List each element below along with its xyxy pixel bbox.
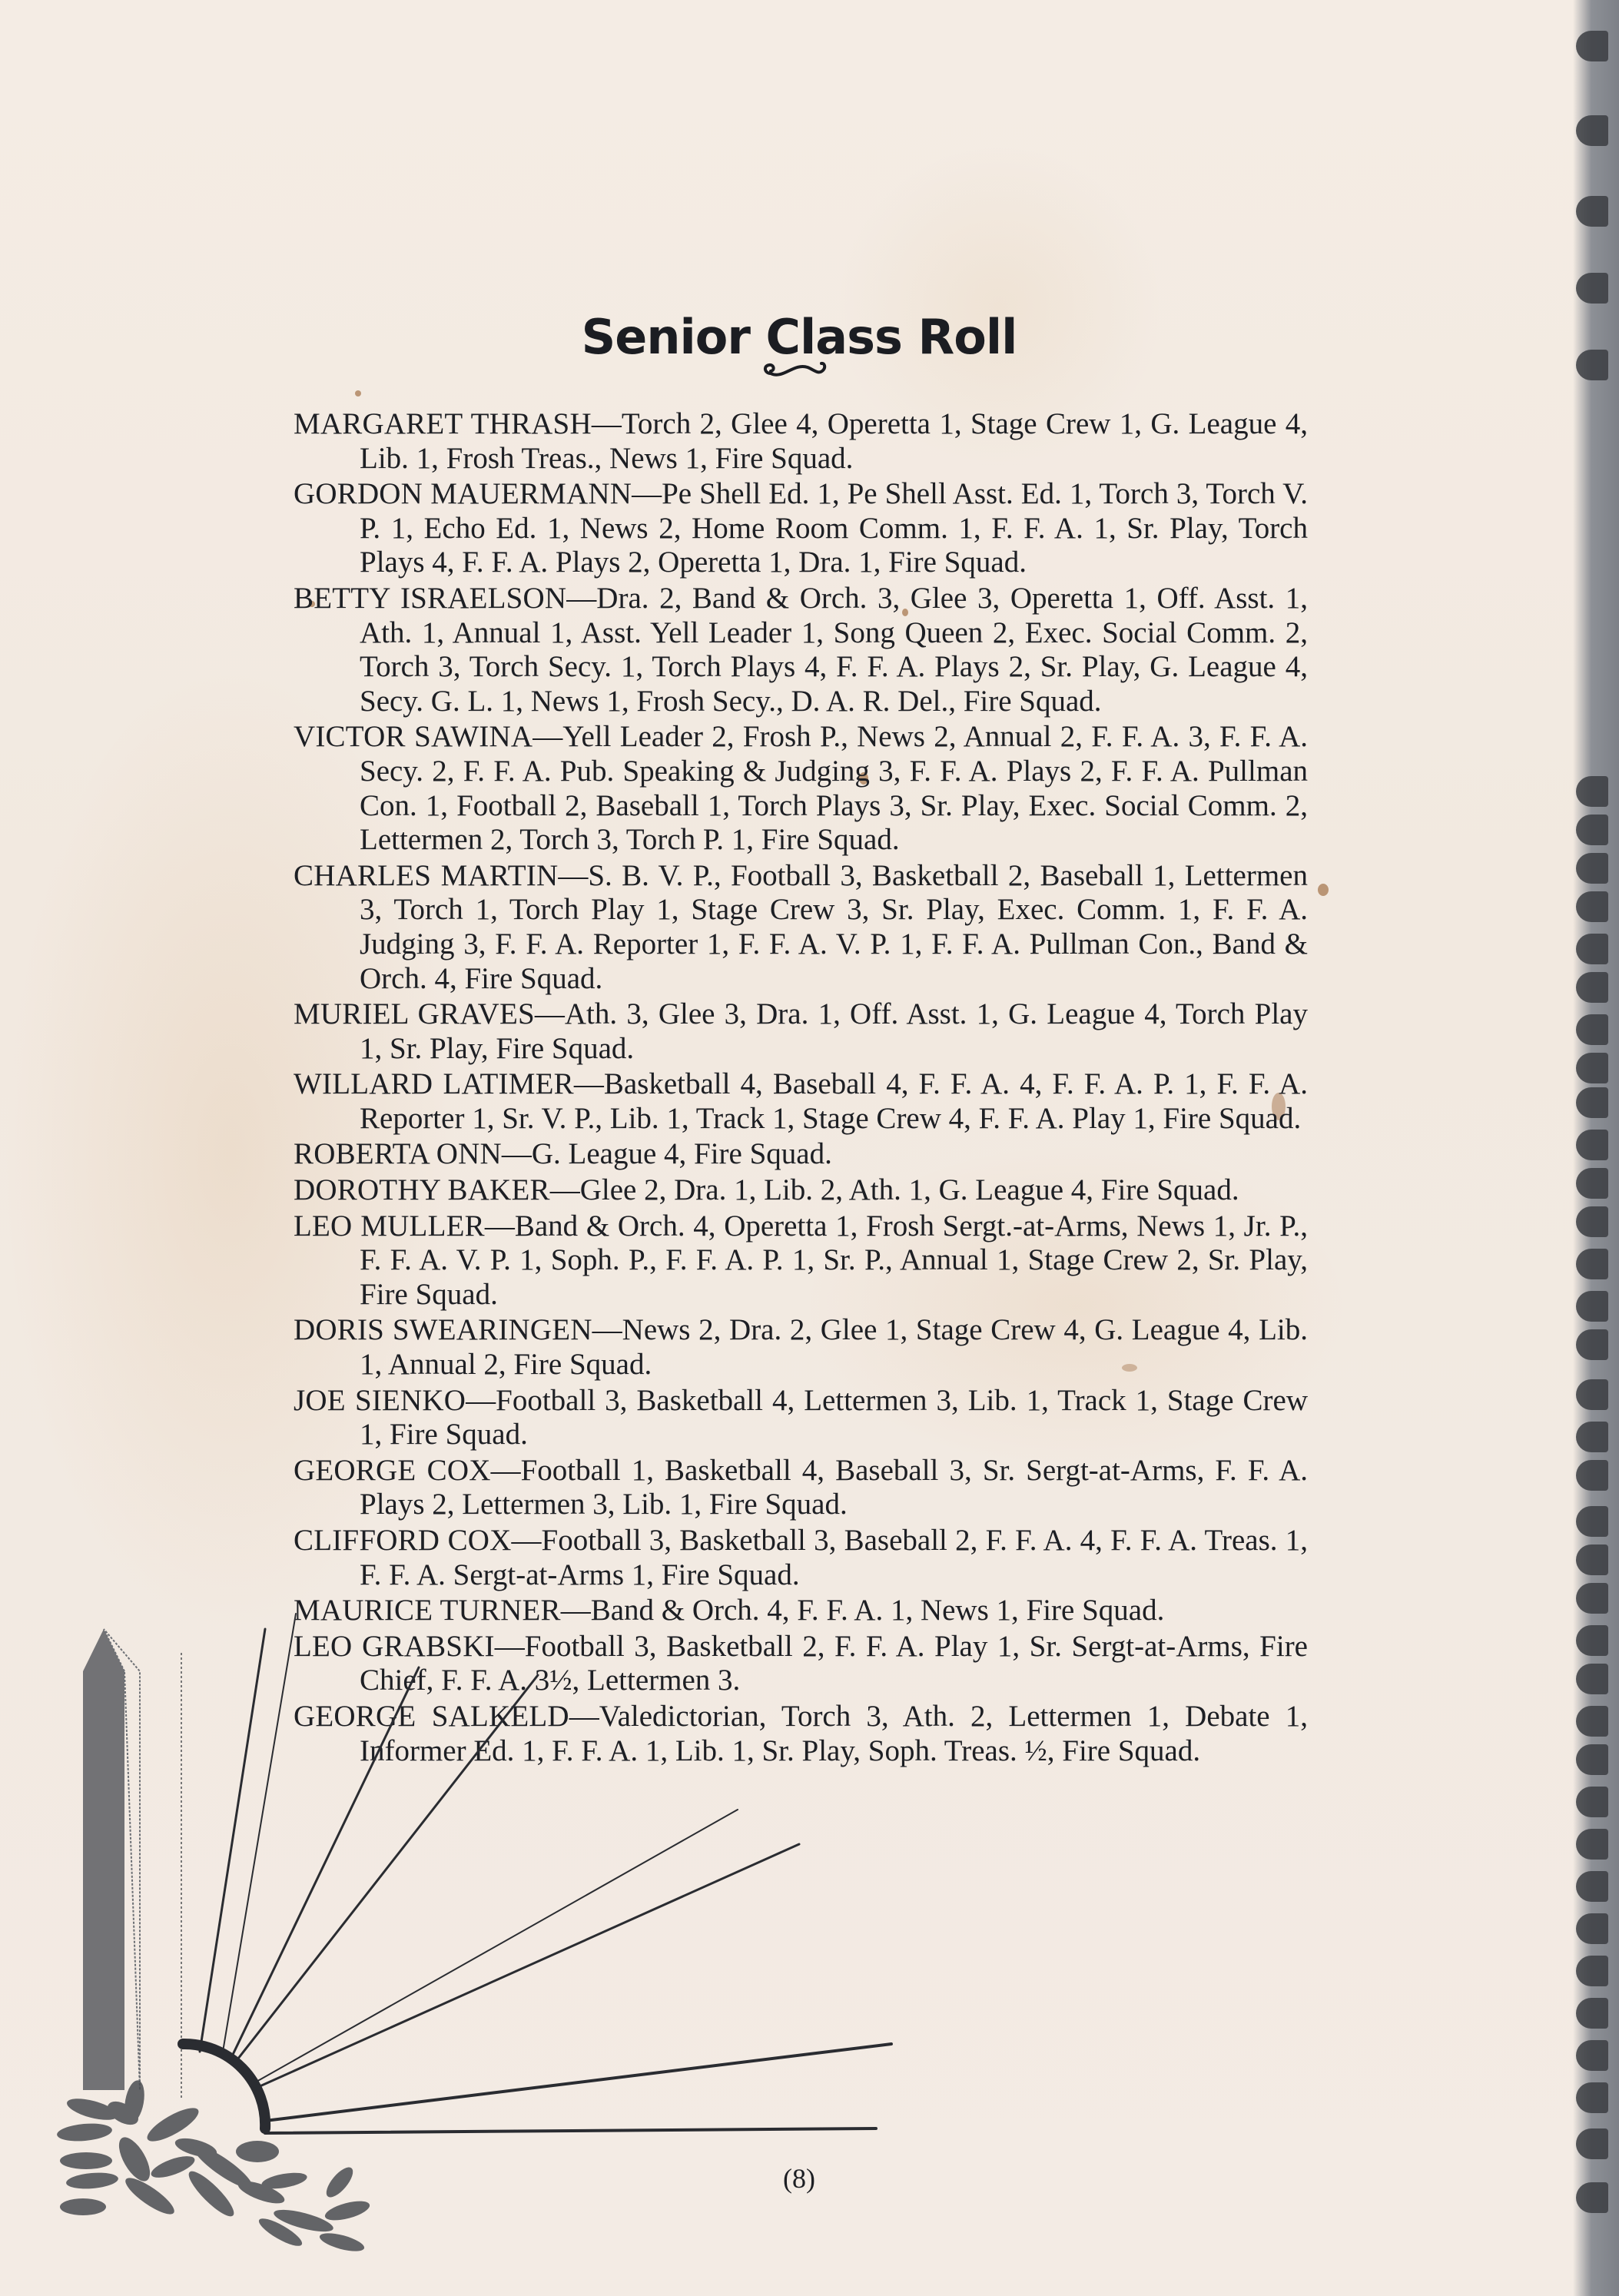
roll-entry: ROBERTA ONN—G. League 4, Fire Squad. [294,1137,1308,1172]
binding-hole [1576,1583,1608,1614]
binding-hole [1576,273,1608,304]
roll-entry: MAURICE TURNER—Band & Orch. 4, F. F. A. … [294,1594,1308,1628]
binding-hole [1576,891,1608,922]
student-name: JOE SIENKO [294,1384,466,1417]
roll-entry: GEORGE SALKELD—Valedictorian, Torch 3, A… [294,1700,1308,1768]
binding-hole [1576,815,1608,845]
dash-separator: — [558,859,588,892]
student-name: WILLARD LATIMER [294,1067,574,1100]
roll-entry: MARGARET THRASH—Torch 2, Glee 4, Operett… [294,407,1308,476]
student-name: MURIEL GRAVES [294,997,535,1030]
roll-entry: CHARLES MARTIN—S. B. V. P., Football 3, … [294,859,1308,996]
roll-entry: GORDON MAUERMANN—Pe Shell Ed. 1, Pe Shel… [294,477,1308,580]
binding-hole [1576,1544,1608,1575]
student-name: MAURICE TURNER [294,1594,561,1627]
binding-hole [1576,1706,1608,1737]
roll-entry: DORIS SWEARINGEN—News 2, Dra. 2, Glee 1,… [294,1313,1308,1382]
binding-hole [1576,115,1608,146]
dash-separator: — [632,477,662,510]
binding-hole [1576,1168,1608,1199]
stain [355,390,361,396]
binding-hole [1576,776,1608,807]
dash-separator: — [502,1137,532,1170]
roll-entry: MURIEL GRAVES—Ath. 3, Glee 3, Dra. 1, Of… [294,997,1308,1066]
binding-hole [1576,1913,1608,1944]
dash-separator: — [495,1630,525,1663]
student-name: CHARLES MARTIN [294,859,558,892]
dash-separator: — [485,1209,515,1243]
dash-separator: — [550,1173,580,1206]
roll-entry: BETTY ISRAELSON—Dra. 2, Band & Orch. 3, … [294,582,1308,718]
senior-class-roll-list: MARGARET THRASH—Torch 2, Glee 4, Operett… [294,407,1308,1770]
binding-hole [1576,1329,1608,1360]
dash-separator: — [569,1700,599,1733]
binding-hole [1576,1460,1608,1491]
dash-separator: — [561,1594,591,1627]
student-name: CLIFFORD COX [294,1524,512,1557]
student-activities: G. League 4, Fire Squad. [532,1137,832,1170]
binding-hole [1576,972,1608,1003]
binding-hole [1576,1871,1608,1902]
binding-hole [1576,1379,1608,1410]
binding-hole [1576,1506,1608,1537]
student-name: LEO MULLER [294,1209,485,1243]
binding-hole [1576,31,1608,61]
student-activities: Band & Orch. 4, F. F. A. 1, News 1, Fire… [591,1594,1165,1627]
binding-hole [1576,1664,1608,1694]
binding-hole [1576,1744,1608,1775]
flourish-icon [757,353,834,384]
student-name: ROBERTA ONN [294,1137,502,1170]
dash-separator: — [532,720,562,753]
binding-hole [1576,1787,1608,1817]
binding-hole [1576,853,1608,884]
student-name: MARGARET THRASH [294,407,592,440]
binding-hole [1576,1956,1608,1986]
binding-hole [1576,1053,1608,1083]
roll-entry: DOROTHY BAKER—Glee 2, Dra. 1, Lib. 2, At… [294,1173,1308,1208]
student-name: GEORGE COX [294,1454,491,1487]
binding-hole [1576,2128,1608,2159]
roll-entry: LEO GRABSKI—Football 3, Basketball 2, F.… [294,1630,1308,1698]
page-number: (8) [0,2162,1598,2195]
roll-entry: CLIFFORD COX—Football 3, Basketball 3, B… [294,1524,1308,1592]
binding-hole [1576,934,1608,964]
student-activities: Glee 2, Dra. 1, Lib. 2, Ath. 1, G. Leagu… [580,1173,1239,1206]
binding-hole [1576,1829,1608,1860]
binding-hole [1576,1625,1608,1656]
student-activities: Football 3, Basketball 4, Lettermen 3, L… [360,1384,1308,1452]
yearbook-page: Senior Class Roll MARGARET THRASH—Torch … [0,0,1619,2296]
student-name: GEORGE SALKELD [294,1700,569,1733]
roll-entry: VICTOR SAWINA—Yell Leader 2, Frosh P., N… [294,720,1308,857]
binding-hole [1576,196,1608,227]
dash-separator: — [491,1454,521,1487]
student-name: GORDON MAUERMANN [294,477,632,510]
roll-entry: WILLARD LATIMER—Basketball 4, Baseball 4… [294,1067,1308,1136]
binding-hole [1576,2040,1608,2071]
binding-hole [1576,1206,1608,1237]
stain [1318,884,1329,896]
dash-separator: — [535,997,565,1030]
student-name: DORIS SWEARINGEN [294,1313,592,1346]
roll-entry: LEO MULLER—Band & Orch. 4, Operetta 1, F… [294,1209,1308,1312]
binding-hole [1576,1130,1608,1160]
student-name: VICTOR SAWINA [294,720,532,753]
dash-separator: — [592,407,622,440]
student-name: LEO GRABSKI [294,1630,495,1663]
dash-separator: — [592,1313,622,1346]
binding-hole [1576,1087,1608,1118]
binding-hole [1576,1998,1608,2029]
flourish-ornament [757,353,834,384]
binding-hole [1576,1291,1608,1322]
binding-hole [1576,1249,1608,1279]
dash-separator: — [566,582,596,615]
dash-separator: — [512,1524,542,1557]
dash-separator: — [466,1384,496,1417]
dash-separator: — [574,1067,604,1100]
student-name: BETTY ISRAELSON [294,582,566,615]
binding-hole [1576,1422,1608,1452]
roll-entry: GEORGE COX—Football 1, Basketball 4, Bas… [294,1454,1308,1522]
student-name: DOROTHY BAKER [294,1173,550,1206]
roll-entry: JOE SIENKO—Football 3, Basketball 4, Let… [294,1384,1308,1452]
binding-hole [1576,1014,1608,1045]
obelisk-icon [83,1629,181,2098]
binding-hole [1576,2082,1608,2113]
